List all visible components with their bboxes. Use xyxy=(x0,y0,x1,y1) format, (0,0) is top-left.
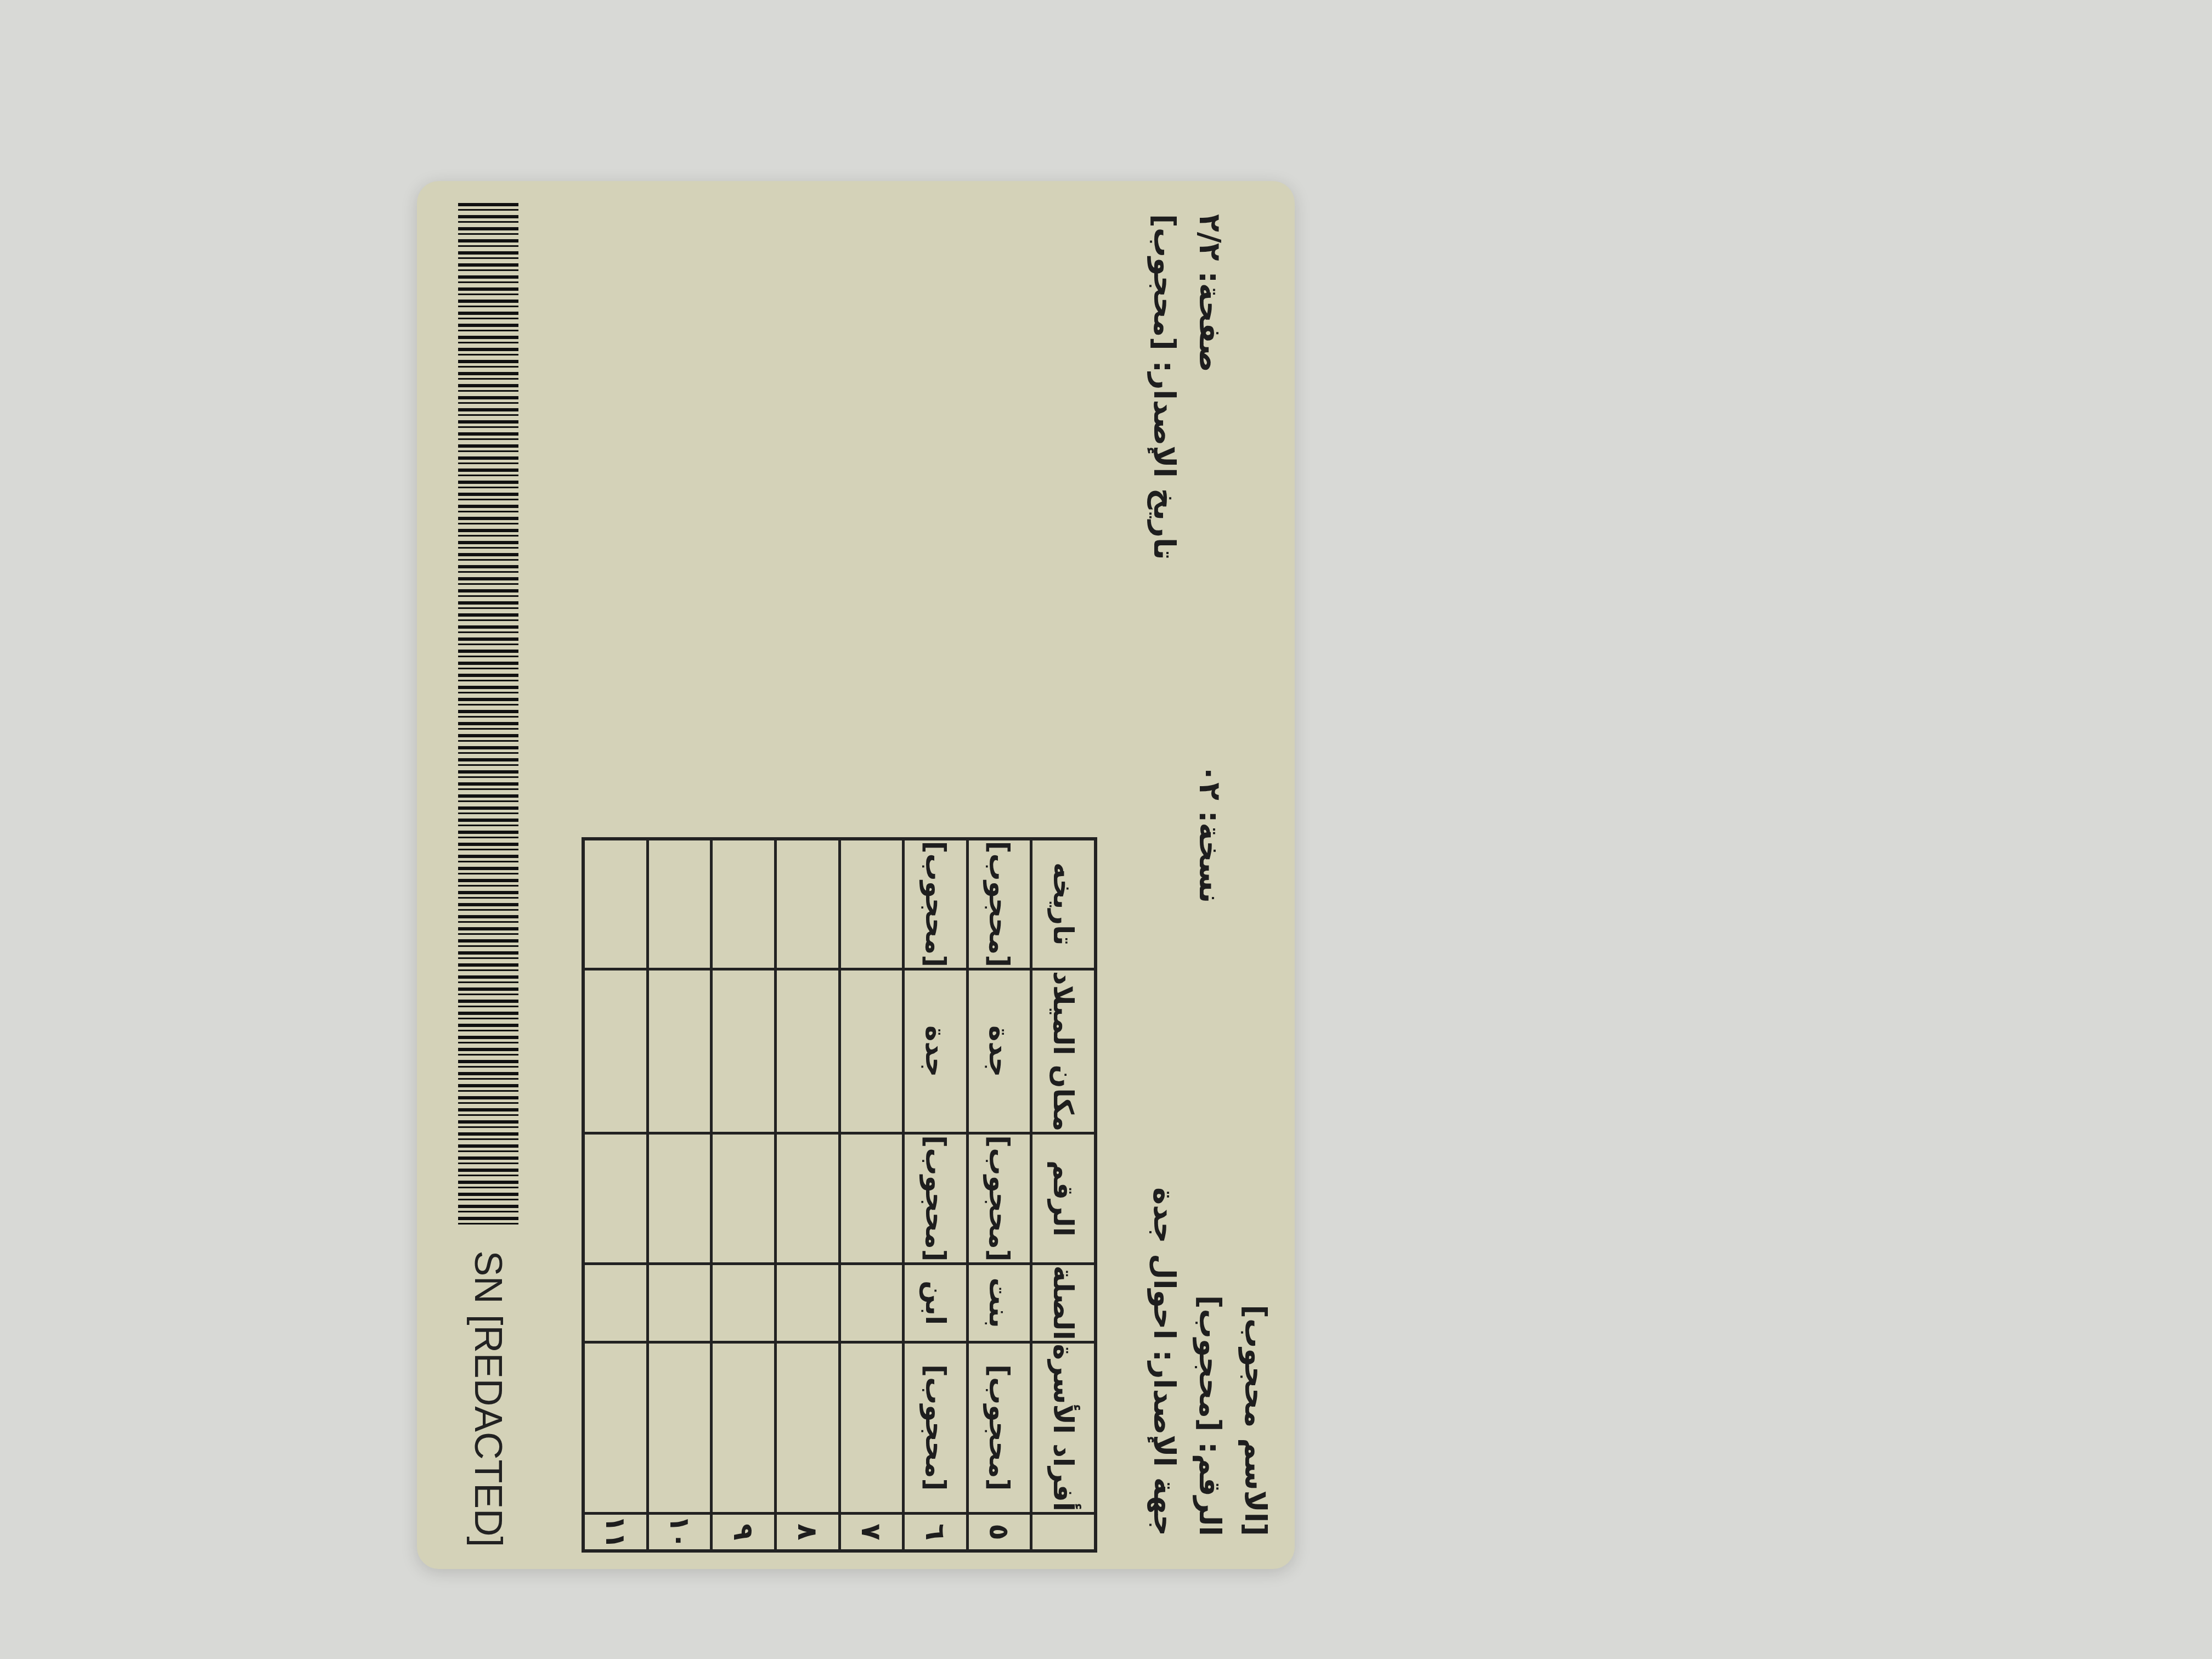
col-index xyxy=(1031,1513,1096,1551)
copy-label: نسخة xyxy=(1193,822,1227,903)
table-header-row: أفراد الأسرة الصلة الرقم مكان الميلاد تا… xyxy=(1031,839,1096,1551)
family-id-card: [الاسم محجوب] الرقم: [محجوب] نسخة: ٠٢ صف… xyxy=(417,181,1295,1569)
family-members-table: أفراد الأسرة الصلة الرقم مكان الميلاد تا… xyxy=(582,837,1097,1553)
table-row: ٦[محجوب]ابن[محجوب]جدة[محجوب] xyxy=(904,839,968,1551)
col-birthdate: تاريخه xyxy=(1031,839,1096,969)
issuer-value: احوال جدة xyxy=(1147,1187,1182,1339)
id-label: الرقم xyxy=(1193,1454,1227,1536)
holder-name: [الاسم محجوب] xyxy=(1238,1305,1273,1536)
col-member: أفراد الأسرة xyxy=(1031,1342,1096,1513)
serial-number: SN [REDACTED] xyxy=(466,1250,510,1547)
table-row: ١٠ xyxy=(647,839,712,1551)
col-birthplace: مكان الميلاد xyxy=(1031,969,1096,1133)
table-row: ٥[محجوب]بنت[محجوب]جدة[محجوب] xyxy=(967,839,1031,1551)
table-row: ١١ xyxy=(583,839,647,1551)
serial-strip: SN [REDACTED] xyxy=(439,203,538,1547)
issue-date-value: [محجوب] xyxy=(1147,214,1182,351)
table-row: ٨ xyxy=(776,839,840,1551)
barcode xyxy=(458,203,518,1228)
col-relation: الصلة xyxy=(1031,1263,1096,1342)
issue-date-label: تاريخ الإصدار xyxy=(1147,373,1182,560)
copy-value: ٠٢ xyxy=(1193,764,1227,800)
card-header: [الاسم محجوب] الرقم: [محجوب] نسخة: ٠٢ صف… xyxy=(1108,214,1273,1536)
issuer-label: جهة الإصدار xyxy=(1147,1362,1182,1536)
col-number: الرقم xyxy=(1031,1133,1096,1263)
table-row: ٩ xyxy=(712,839,776,1551)
page-value: ٢/٢ xyxy=(1193,214,1227,261)
page-label: صفحة xyxy=(1193,283,1227,373)
id-value: [محجوب] xyxy=(1193,1295,1227,1432)
table-row: ٧ xyxy=(839,839,904,1551)
